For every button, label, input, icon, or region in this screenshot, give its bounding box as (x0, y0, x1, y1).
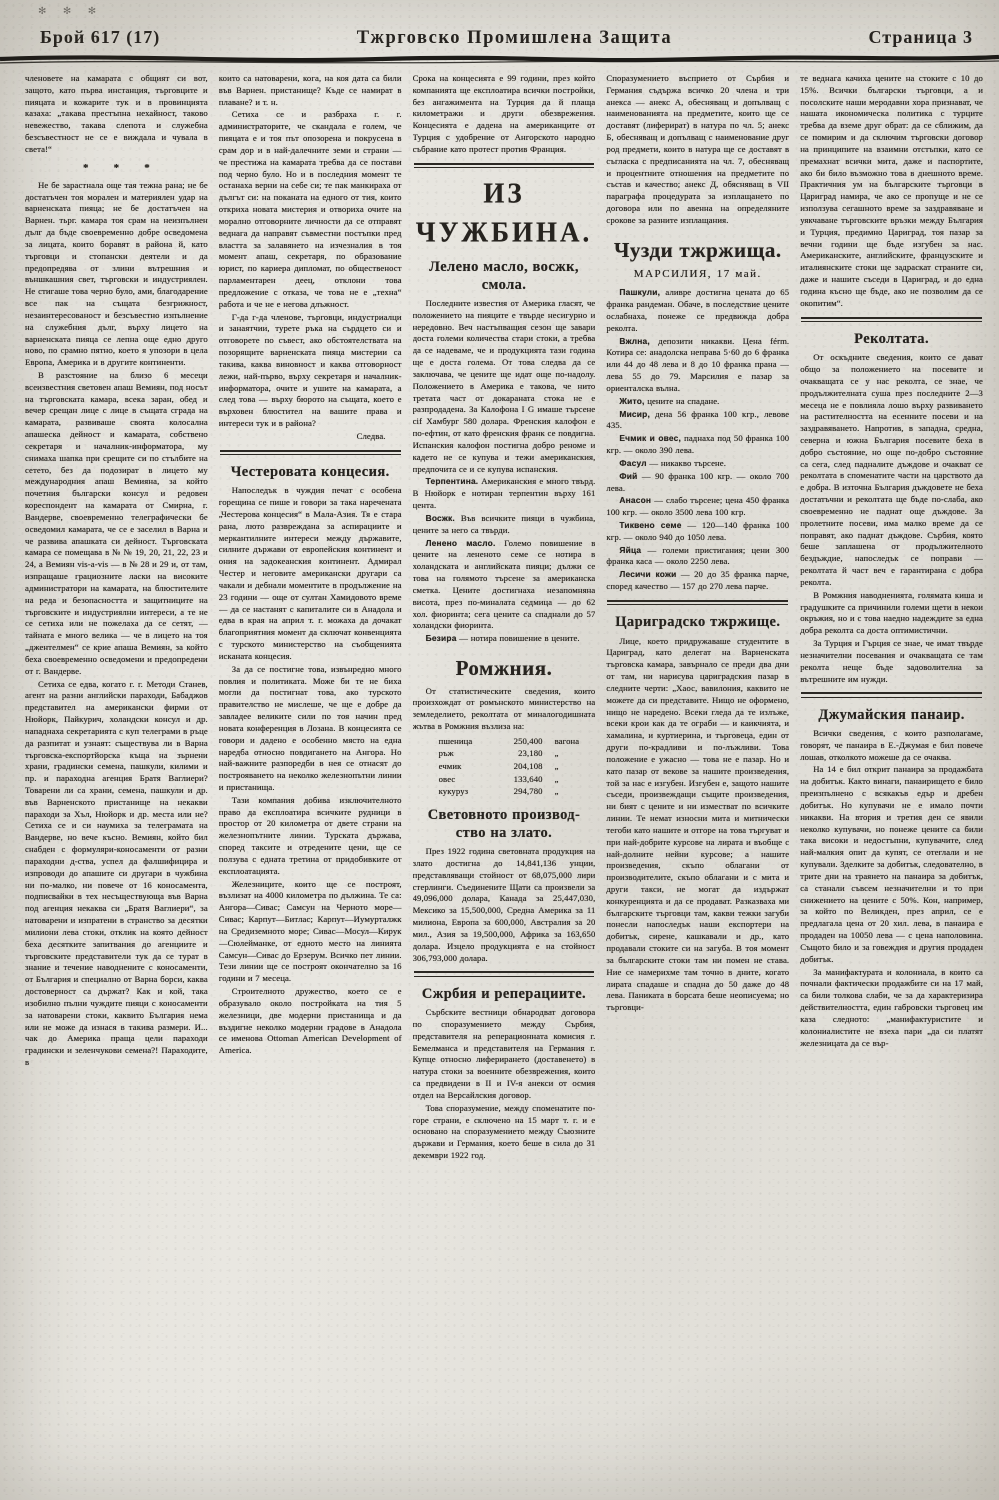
article-divider-rule (414, 163, 595, 169)
table-row: кукуруз294,780„ (439, 785, 596, 798)
article-paragraph: За манифактурата и колониала, в които са… (800, 967, 983, 1050)
table-cell-label: кукуруз (439, 785, 493, 798)
entry-text: Големо повишение в цените на лененото се… (413, 538, 596, 631)
entry-lead: Фасул (619, 458, 646, 468)
market-entry: Яйца — големи пристигания; цени 300 фран… (606, 545, 789, 569)
market-entry: Фасул — никакво търсене. (606, 458, 789, 470)
market-entry: Вжлна, депозити никакви. Цена férm. Коти… (606, 336, 789, 395)
entry-lead: Вжлна, (619, 336, 650, 346)
table-row: ечмик204,108„ (439, 760, 596, 773)
table-cell-value: 133,640 (493, 773, 543, 786)
entry-lead: Безира (426, 633, 457, 643)
table-cell-label: ръж (439, 747, 493, 760)
market-entry: Ленено масло. Големо повишение в цените … (413, 538, 596, 633)
market-entry: Безира — нотира повишение в цените. (413, 633, 596, 645)
page-number: Страница 3 (869, 27, 973, 48)
table-cell-value: 294,780 (493, 785, 543, 798)
article-heading: ИЗ ЧУЖБИНА. (413, 174, 596, 251)
article-paragraph: Всички сведения, с които разполагаме, го… (800, 728, 983, 763)
table-row: пшеница250,400вагона (439, 735, 596, 748)
article-paragraph: Срока на концесията е 99 години, през ко… (413, 73, 596, 156)
article-paragraph: От статистическите сведения, които произ… (413, 686, 596, 733)
market-entry: Анасон — слабо търсене; цена 450 франка … (606, 495, 789, 519)
entry-text: цените на спадане. (647, 396, 719, 406)
entry-lead: Жито, (619, 396, 644, 406)
column-5: те веднага качиха цените на стоките с 10… (800, 73, 983, 1455)
article-paragraph: В разстояние на близо 6 месеци всеизвест… (25, 370, 208, 678)
entry-lead: Восжк. (426, 513, 455, 523)
article-paragraph: Споразумението въсприето от Сърбия и Гер… (606, 73, 789, 227)
article-paragraph: които са натоварени, кога, на коя дата с… (219, 73, 402, 108)
entry-lead: Лесичи кожи (619, 569, 676, 579)
article-heading: Цариградско тжржище. (606, 613, 789, 631)
article-heading: Сжрбия и реперациите. (413, 985, 596, 1003)
article-paragraph: Г-да г-да членове, търговци, индустриалц… (219, 312, 402, 430)
article-paragraph: членовете на камарата с общият си вот, з… (25, 73, 208, 156)
columns: членовете на камарата с общият си вот, з… (0, 65, 999, 1455)
article-paragraph: Строителното дружество, което се е образ… (219, 986, 402, 1057)
issue-number: Брой 617 (17) (40, 27, 160, 48)
article-heading: Чузди тжржища. (606, 236, 789, 265)
article-paragraph: Това споразумение, между споменатите по-… (413, 1103, 596, 1162)
article-heading: Лелено масло, восжк, смола. (413, 258, 596, 294)
article-divider-rule (801, 692, 982, 698)
table-cell-unit: „ (555, 785, 559, 798)
market-entry: Восжк. Във всичките пияци в чужбина, цен… (413, 513, 596, 537)
article-paragraph: В Ромжния наводненията, голямата киша и … (800, 590, 983, 637)
article-paragraph: Не бе зарастнала още тая тежна рана; не … (25, 180, 208, 369)
article-heading: Реколтата. (800, 330, 983, 348)
table-row: овес133,640„ (439, 773, 596, 786)
dateline: МАРСИЛИЯ, 17 май. (606, 267, 789, 282)
entry-text: — никакво търсене. (649, 458, 726, 468)
entry-lead: Яйца (619, 545, 641, 555)
table-cell-label: пшеница (439, 735, 493, 748)
article-heading: Джумайския панаир. (800, 706, 983, 724)
article-divider-rule (607, 600, 788, 606)
article-paragraph: През 1922 година световната продукция на… (413, 846, 596, 964)
article-paragraph: От оскъдните сведения, които се дават об… (800, 352, 983, 589)
column-4: Споразумението въсприето от Сърбия и Гер… (606, 73, 789, 1455)
table-cell-label: ечмик (439, 760, 493, 773)
newspaper-title: Тжрговско Промишлена Защита (357, 28, 672, 49)
table-cell-value: 23,180 (493, 747, 543, 760)
table-cell-unit: „ (555, 760, 559, 773)
article-paragraph: Сетиха се и разбраха г. г. администратор… (219, 109, 402, 310)
to-be-continued: Следва. (219, 431, 402, 443)
market-entry: Тиквено семе — 120—140 франка 100 кгр. —… (606, 520, 789, 544)
article-heading: Ромжния. (413, 654, 596, 683)
table-cell-unit: вагона (555, 735, 580, 748)
entry-lead: Ечмик и овес, (619, 433, 681, 443)
crops-table: пшеница250,400вагонаръж23,180„ечмик204,1… (439, 735, 596, 798)
entry-lead: Тиквено семе (619, 520, 681, 530)
market-entry: Мисир, дена 56 франка 100 кгр., левове 4… (606, 409, 789, 433)
entry-lead: Фий (619, 471, 637, 481)
column-3: Срока на концесията е 99 години, през ко… (413, 73, 596, 1455)
market-entry: Лесичи кожи — 20 до 35 франка парче, спо… (606, 569, 789, 593)
article-paragraph: На 14 е бил открит панаира за продажбата… (800, 764, 983, 965)
entry-text: — нотира повишение в цените. (459, 633, 579, 643)
article-paragraph: За Турция и Гърция се знае, че имат твър… (800, 638, 983, 685)
entry-lead: Терпентина. (426, 476, 479, 486)
column-1: членовете на камарата с общият си вот, з… (25, 73, 208, 1455)
entry-lead: Анасон (619, 495, 651, 505)
article-paragraph: те веднага качиха цените на стоките с 10… (800, 73, 983, 310)
table-cell-unit: „ (555, 773, 559, 786)
article-paragraph: За да се постигне това, извънредно много… (219, 664, 402, 794)
market-entry: Жито, цените на спадане. (606, 396, 789, 408)
column-2: които са натоварени, кога, на коя дата с… (219, 73, 402, 1455)
table-row: ръж23,180„ (439, 747, 596, 760)
table-cell-unit: „ (555, 747, 559, 760)
market-entry: Пашкули, аливре достигна цената до 65 фр… (606, 287, 789, 334)
stars-separator: * * * (25, 161, 208, 176)
table-cell-value: 204,108 (493, 760, 543, 773)
article-divider-rule (220, 450, 401, 456)
corner-marks: ✻ ✻ ✻ (38, 6, 103, 17)
article-paragraph: Железниците, които ще се построят, възли… (219, 879, 402, 985)
article-heading: Честеровата концесия. (219, 463, 402, 481)
entry-lead: Мисир, (619, 409, 650, 419)
article-divider-rule (801, 317, 982, 323)
article-paragraph: Сърбските вестници обнародват договора п… (413, 1007, 596, 1102)
article-paragraph: Тази компания добива изключителното прав… (219, 795, 402, 878)
article-paragraph: Сетиха се едва, когато г. г. Методи Стан… (25, 679, 208, 1069)
entry-lead: Ленено масло. (426, 538, 496, 548)
masthead: Брой 617 (17) Тжрговско Промишлена Защит… (0, 0, 999, 52)
article-divider-rule (414, 971, 595, 977)
article-paragraph: Напоследък в чуждия печат с особена горе… (219, 485, 402, 662)
market-entry: Фий — 90 франка 100 кгр. — около 700 лев… (606, 471, 789, 495)
market-entry: Терпентина. Американския е много твърд. … (413, 476, 596, 511)
masthead-rule (0, 52, 999, 65)
table-cell-value: 250,400 (493, 735, 543, 748)
market-entry: Ечмик и овес, паднаха под 50 франка 100 … (606, 433, 789, 457)
article-heading: Световното производ- ство на злато. (413, 806, 596, 842)
newspaper-page: ✻ ✻ ✻ Брой 617 (17) Тжрговско Промишлена… (0, 0, 999, 1500)
article-paragraph: Лице, което придружаваше студентите в Ца… (606, 636, 789, 1015)
article-paragraph: Последните известия от Америка гласят, ч… (413, 298, 596, 475)
entry-lead: Пашкули, (619, 287, 660, 297)
table-cell-label: овес (439, 773, 493, 786)
